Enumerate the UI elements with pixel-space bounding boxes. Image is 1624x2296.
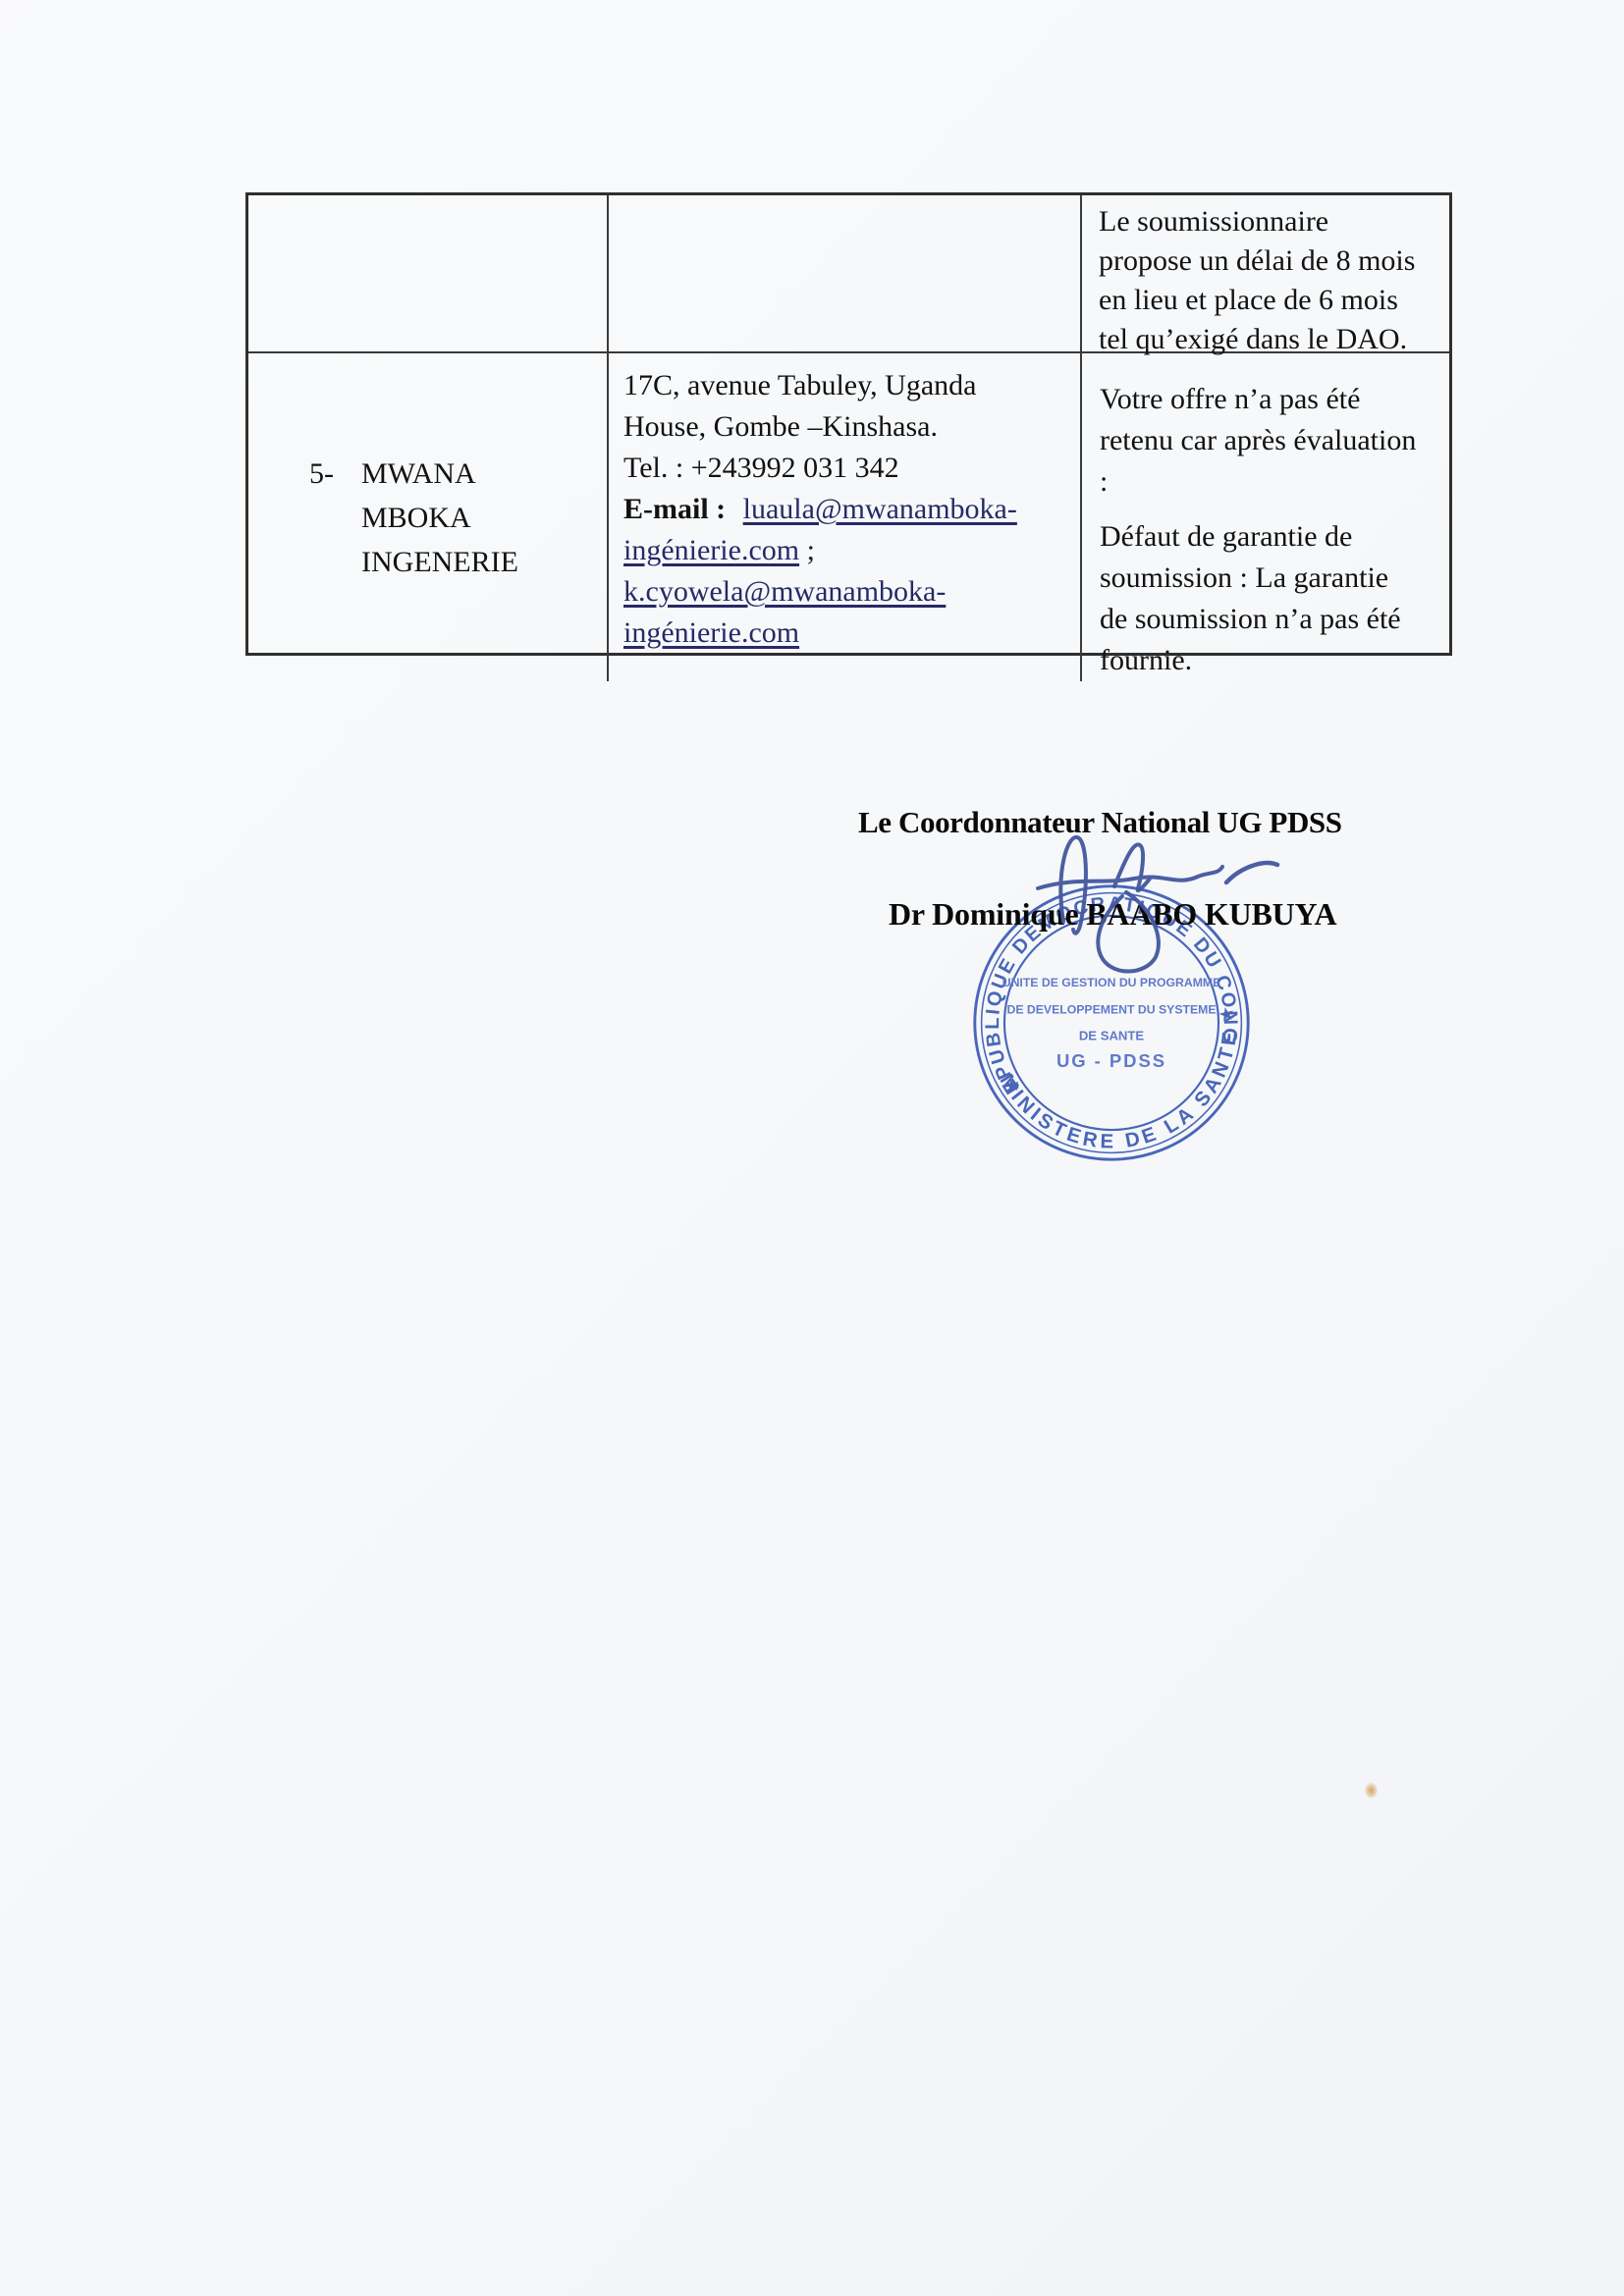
table-cell-empty-vendor	[248, 195, 609, 353]
vendor-tel: Tel. : +243992 031 342	[623, 448, 1064, 489]
signature-stroke	[1038, 867, 1222, 888]
signature-stroke	[1098, 892, 1159, 972]
vendor-emails: E-mail : luaula@mwanamboka-ingénierie.co…	[623, 489, 1064, 654]
table-cell-vendor-name: 5- MWANA MBOKA INGENERIE	[248, 353, 609, 681]
observation-line: :	[1100, 461, 1435, 503]
table-cell-empty-address	[609, 195, 1082, 353]
vendor-name-line: MWANA	[361, 452, 518, 496]
signature-stroke	[1060, 837, 1086, 934]
observation-line: retenu car après évaluation	[1100, 420, 1435, 461]
vendor-name-line: MBOKA	[361, 496, 518, 540]
signature-stroke	[1226, 863, 1277, 882]
observation-paragraph-2: Défaut de garantie de soumission : La ga…	[1100, 516, 1435, 681]
stamp-center-line: UG - PDSS	[1056, 1050, 1166, 1071]
signature-stroke	[1114, 844, 1150, 890]
email-separator: ;	[807, 534, 815, 566]
observation-line: Votre offre n’a pas été	[1100, 379, 1435, 420]
vendor-number: 5-	[309, 452, 334, 584]
observation-line: soumission : La garantie	[1100, 558, 1435, 599]
observation-paragraph-1: Votre offre n’a pas été retenu car après…	[1100, 379, 1435, 503]
evaluation-table: Le soumissionnaire propose un délai de 8…	[245, 192, 1452, 656]
email-label: E-mail :	[623, 493, 726, 525]
vendor-name-lines: MWANA MBOKA INGENERIE	[361, 452, 518, 584]
table-cell-observation-continuation: Le soumissionnaire propose un délai de 8…	[1082, 195, 1449, 353]
vendor-name-line: INGENERIE	[361, 540, 518, 584]
table-cell-observation-vendor: Votre offre n’a pas été retenu car après…	[1082, 353, 1449, 681]
stamp-center-line: DE SANTE	[1079, 1029, 1145, 1043]
scan-speck	[1365, 1783, 1378, 1798]
observation-line: de soumission n’a pas été	[1100, 599, 1435, 640]
observation-line: Défaut de garantie de	[1100, 516, 1435, 558]
email-link-secondary[interactable]: k.cyowela@mwanamboka-ingénierie.com	[623, 575, 946, 649]
observation-line: en lieu et place de 6 mois	[1099, 281, 1437, 320]
signature-ink	[1016, 828, 1301, 994]
observation-line: Le soumissionnaire	[1099, 202, 1437, 241]
document-page: Le soumissionnaire propose un délai de 8…	[0, 0, 1624, 2296]
vendor-address: 17C, avenue Tabuley, Uganda House, Gombe…	[623, 365, 1064, 448]
table-cell-vendor-contact: 17C, avenue Tabuley, Uganda House, Gombe…	[609, 353, 1082, 681]
observation-line: fournie.	[1100, 640, 1435, 681]
vendor-name-block: 5- MWANA MBOKA INGENERIE	[309, 452, 518, 584]
stamp-center-line: DE DEVELOPPEMENT DU SYSTEME	[1006, 1002, 1216, 1016]
observation-line: propose un délai de 8 mois	[1099, 241, 1437, 281]
